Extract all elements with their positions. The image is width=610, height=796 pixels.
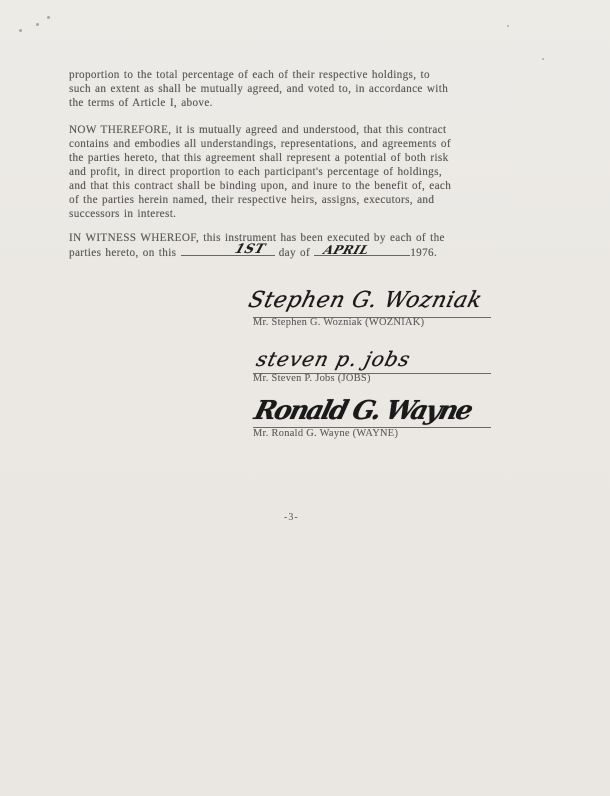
document-page: proportion to the total percentage of ea… xyxy=(0,0,610,796)
paper-speck xyxy=(542,58,544,60)
printed-name: Mr. Steven P. Jobs (JOBS) xyxy=(253,373,371,384)
signature-block-jobs: steven p. jobs Mr. Steven P. Jobs (JOBS) xyxy=(253,347,491,387)
signature-block-wozniak: Stephen G. Wozniak Mr. Stephen G. Woznia… xyxy=(253,288,491,328)
paper-speck xyxy=(36,23,39,26)
text-line: proportion to the total percentage of ea… xyxy=(69,68,549,82)
printed-name: Mr. Ronald G. Wayne (WAYNE) xyxy=(253,428,398,439)
handwritten-month: APRIL xyxy=(322,243,371,257)
paper-speck xyxy=(47,16,50,19)
handwritten-signature: Stephen G. Wozniak xyxy=(246,288,485,313)
paragraph-in-witness-whereof: IN WITNESS WHEREOF, this instrument has … xyxy=(69,231,549,260)
text-line: and that this contract shall be binding … xyxy=(69,179,549,193)
text-line: and profit, in direct proportion to each… xyxy=(69,165,549,179)
text-line: of the parties herein named, their respe… xyxy=(69,193,549,207)
text-line: NOW THEREFORE, it is mutually agreed and… xyxy=(69,123,549,137)
signature-block-wayne: Ronald G. Wayne Mr. Ronald G. Wayne (WAY… xyxy=(253,396,491,436)
paper-speck xyxy=(507,25,509,27)
printed-name: Mr. Stephen G. Wozniak (WOZNIAK) xyxy=(253,317,424,328)
witness-date-line: parties hereto, on this 1ST day of APRIL… xyxy=(69,245,549,260)
text-line: such an extent as shall be mutually agre… xyxy=(69,82,549,96)
day-blank: 1ST xyxy=(181,245,275,256)
paragraph-now-therefore: NOW THEREFORE, it is mutually agreed and… xyxy=(69,123,549,221)
witness-prefix: parties hereto, on this xyxy=(69,247,176,259)
text-line: successors in interest. xyxy=(69,207,549,221)
witness-middle: day of xyxy=(279,247,310,259)
paragraph-article-reference: proportion to the total percentage of ea… xyxy=(69,68,549,110)
month-blank: APRIL xyxy=(314,245,410,256)
text-line: the terms of Article I, above. xyxy=(69,96,549,110)
text-line: IN WITNESS WHEREOF, this instrument has … xyxy=(69,231,549,245)
handwritten-signature: Ronald G. Wayne xyxy=(251,396,474,426)
text-line: contains and embodies all understandings… xyxy=(69,137,549,151)
handwritten-day: 1ST xyxy=(232,243,266,257)
paper-speck xyxy=(19,29,22,32)
page-number: -3- xyxy=(284,512,299,523)
handwritten-signature: steven p. jobs xyxy=(254,347,413,371)
witness-year: 1976. xyxy=(410,247,437,259)
text-line: the parties hereto, that this agreement … xyxy=(69,151,549,165)
